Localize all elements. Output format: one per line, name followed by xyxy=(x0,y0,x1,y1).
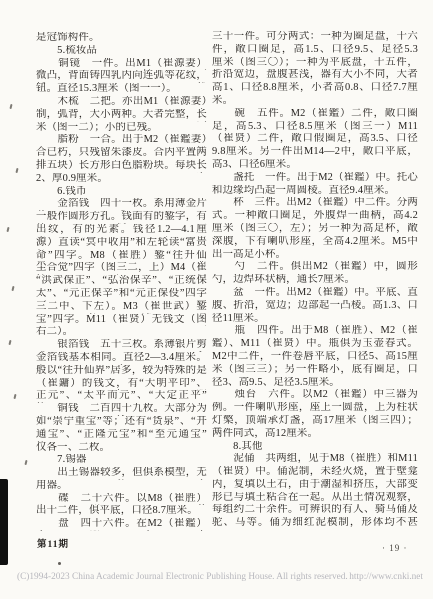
scanned-journal-page: 是冠饰构件。 5.梳妆品 铜镜 一件。出M1（崔源妻）中。镜面微凸，背面铸四乳内… xyxy=(0,0,433,599)
text-line: 出一高足小杯。 xyxy=(212,249,418,262)
scan-speck xyxy=(11,286,14,291)
text-line: 径3、高9.5、足径3.5厘米。 xyxy=(212,377,418,390)
text-line: 仅各一、二枚。 xyxy=(36,442,207,455)
text-line: 是冠饰构件。 xyxy=(36,32,207,45)
text-line: 金箔钱基本相同。直径2—3.4厘米。文字一 xyxy=(36,352,207,365)
text-line: 和边缘均凸起一周圆棱。直径9.4厘米。 xyxy=(212,185,418,198)
text-line: 5.梳妆品 xyxy=(36,45,207,58)
copyright-text: (C)1994-2023 China Academic Journal Elec… xyxy=(17,572,348,582)
scan-speck xyxy=(58,562,61,565)
text-line: 铜钱 二百四十九枚。大部分为宋钱， xyxy=(36,403,207,416)
text-line: 合已朽，只残留朱漆皮。合内平置两排（每 xyxy=(36,147,207,160)
text-line: 微凸，背面铸四乳内向连弧等花纹，桥状 xyxy=(36,70,207,83)
scan-speck xyxy=(24,460,27,465)
scan-speck xyxy=(6,227,9,232)
text-line: 内，复填以土石，由于潮湿和挤压，大部变 xyxy=(212,479,418,492)
text-line: 宝”四字。M11（崔贤）无钱文（图三二，下 xyxy=(36,314,207,327)
text-line: 用器。 xyxy=(36,480,207,493)
text-line: 一般作圆形方孔。钱面有的錾字，有的錾四 xyxy=(36,211,207,224)
text-line: （崔鏞）的钱文，有“大明平印”、“大明 xyxy=(36,378,207,391)
text-line: 烛台 六件。以M2（崔鑑）中三器为 xyxy=(212,389,418,402)
text-line: 9.8厘米。另一件出M14—2中，敞口平底， xyxy=(212,146,418,159)
text-line: 2、厚0.9厘米。 xyxy=(36,173,207,186)
scan-speck xyxy=(13,394,16,399)
text-line: 鑑）、M11（崔贤）中。瓶俱为玉壶春式。 xyxy=(212,338,418,351)
text-line: 排五块）长方形白色脂粉块。每块长2.8、宽 xyxy=(36,160,207,173)
text-line: 瓶 四件。出于M8（崔胜）、M2（崔 xyxy=(212,325,418,338)
text-line: 米（图一二）；小的已残。 xyxy=(36,122,207,135)
text-line: 足，高5.3、口径8.5厘米（图三一）M11 xyxy=(212,121,418,134)
text-line: 勺 二件。俱出M2（崔鑑）中，圆形 xyxy=(212,261,418,274)
text-line: 每组约二十余件。可辨识的有人、骑马俑及 xyxy=(212,504,418,517)
watermark-url: http://www.cnki.net xyxy=(349,572,423,582)
text-line: （崔贤）中。俑泥制，未经火烧，置于壁龛 xyxy=(212,466,418,479)
text-line: 厘米（图三〇）；一种为平底盘，十五件， xyxy=(212,57,418,70)
text-line: 7.锡器 xyxy=(36,454,207,467)
text-line: 腹、折沿，宽边；边部起一凸棱。高1.3、口 xyxy=(212,300,418,313)
text-line: 脂粉 一合。出于M2（崔鑑妻）中。粉 xyxy=(36,134,207,147)
text-line: 深腹，下有喇叭形座，全高4.2厘米。M5中 xyxy=(212,236,418,249)
text-line: 高3、口径6厘米。 xyxy=(212,159,418,172)
text-line: 米。 xyxy=(212,95,418,108)
text-line: “洪武保正”、“弘治保辛”、“正统保 xyxy=(36,275,207,288)
scan-speck xyxy=(9,104,12,109)
text-line: 银箔钱 五十三枚。系薄银片剪成，和 xyxy=(36,339,207,352)
copyright-watermark: (C)1994-2023 China Academic Journal Elec… xyxy=(17,572,423,582)
right-text-column: 三十一件。可分两式：一种为圈足盘，十六件，敞口圈足，高1.5、口径9.5、足径5… xyxy=(212,31,418,530)
text-line: 件，敞口圈足，高1.5、口径9.5、足径5.3 xyxy=(212,44,418,57)
text-line: 太”、“元正保辛”和“元正保伇”四字（图 xyxy=(36,288,207,301)
text-line: 木梳 二把。亦出M1（崔源妻）中。木 xyxy=(36,96,207,109)
text-line: 通宝”、“正隆元宝”和“至元通宝”等， xyxy=(36,429,207,442)
text-line: 碟 二十六件。以M8（崔胜）为例，共 xyxy=(36,493,207,506)
text-line: 尘合觉”四字（图三二，上）M4（崔鏞）錾 xyxy=(36,262,207,275)
text-line: 两件同式，高12厘米。 xyxy=(212,428,418,441)
text-line: 驼、马等。俑为细红泥模制，形体均不甚 xyxy=(212,517,418,530)
text-line: 杯 三件。出M2（崔鑑）中二件。分两 xyxy=(212,197,418,210)
text-line: 8.其他 xyxy=(212,441,418,454)
text-line: 形已与填土粘合在一起。从出土情况观察， xyxy=(212,492,418,505)
text-line: 命”四字。M8（崔胜）錾“往升仙界”、“背 xyxy=(36,250,207,263)
text-line: （崔贤）二件，敞口假圈足，高3.5、口径 xyxy=(212,133,418,146)
text-line: 铜镜 一件。出M1（崔源妻）中。镜面 xyxy=(36,58,207,71)
scan-artifact-bar xyxy=(0,479,8,565)
text-line: 勺，边焊环状柄，通长7厘米。 xyxy=(212,274,418,287)
text-line: 出十二件，俱平底，口径8.7厘米。 xyxy=(36,505,207,518)
text-line: 径11厘米。 xyxy=(212,313,418,326)
text-line: 钮。直径15.3厘米（图一一）。 xyxy=(36,83,207,96)
text-line: 高1、口径8.8厘米，小者高0.8、口径7.7厘 xyxy=(212,82,418,95)
text-line: 三二中、下左）。M3（崔世武）錾“嘉靖通 xyxy=(36,301,207,314)
text-line: 盆 一件。出M2（崔鑑）中。平底、直 xyxy=(212,287,418,300)
text-line: 例。一件喇叭形座，座上一圆盘，上为柱状 xyxy=(212,402,418,415)
text-line: 盏托 一件。出于M2（崔鑑）中。托心 xyxy=(212,172,418,185)
text-line: 如“崇宁重宝”等；还有“货泉”、“开元 xyxy=(36,416,207,429)
text-line: 出土锡器较多，但俱系模型，无一件实 xyxy=(36,467,207,480)
page-number: · 19 · xyxy=(382,543,408,553)
text-line: 泥俑 共两组，见于M8（崔胜）和M11 xyxy=(212,453,418,466)
text-line: 出纹，有的光素。钱径1.2—4.1厘米。M1（崔 xyxy=(36,224,207,237)
text-line: 右二）。 xyxy=(36,326,207,339)
text-line: 制，弧背，大小两种。大者完整，长11.4厘 xyxy=(36,109,207,122)
text-line: 厘米（图三〇，左）；另一种为高足杯，敞口 xyxy=(212,223,418,236)
issue-label: 第11期 xyxy=(37,536,69,550)
text-line: 源）直读“冥中收用”和左轮读“富贵长 xyxy=(36,237,207,250)
text-line: 正元”、“太平而元”、“大定正平”等。 xyxy=(36,390,207,403)
text-line: 碗 五件。M2（崔鑑）二件，敞口圈 xyxy=(212,108,418,121)
text-line: 折沿宽边，盘腹甚浅，器有大小不同，大者 xyxy=(212,69,418,82)
scan-speck xyxy=(8,340,11,345)
text-line: 三十一件。可分两式：一种为圈足盘，十六 xyxy=(212,31,418,44)
text-line: 6.钱币 xyxy=(36,186,207,199)
text-line: 灯檠，顶端承灯盏，高17厘米（图三四）；另 xyxy=(212,415,418,428)
left-text-column: 是冠饰构件。 5.梳妆品 铜镜 一件。出M1（崔源妻）中。镜面微凸，背面铸四乳内… xyxy=(36,32,207,531)
text-line: 米（图三三）；另一件略小，底有圈足，口 xyxy=(212,364,418,377)
scan-speck xyxy=(15,168,18,173)
text-line: M2中二件，一件卷唇平底，口径5、高15厘 xyxy=(212,351,418,364)
text-line: 盘 四十六件。在M2（崔鑑）中即出土 xyxy=(36,518,207,531)
text-line: 式。一种敞口圈足，外腹焊一曲柄，高4.2 xyxy=(212,210,418,223)
text-line: 金箔钱 四十一枚。系用薄金片剪成， xyxy=(36,198,207,211)
text-line: 般以“往升仙界”居多，较为特殊的是M4 xyxy=(36,365,207,378)
